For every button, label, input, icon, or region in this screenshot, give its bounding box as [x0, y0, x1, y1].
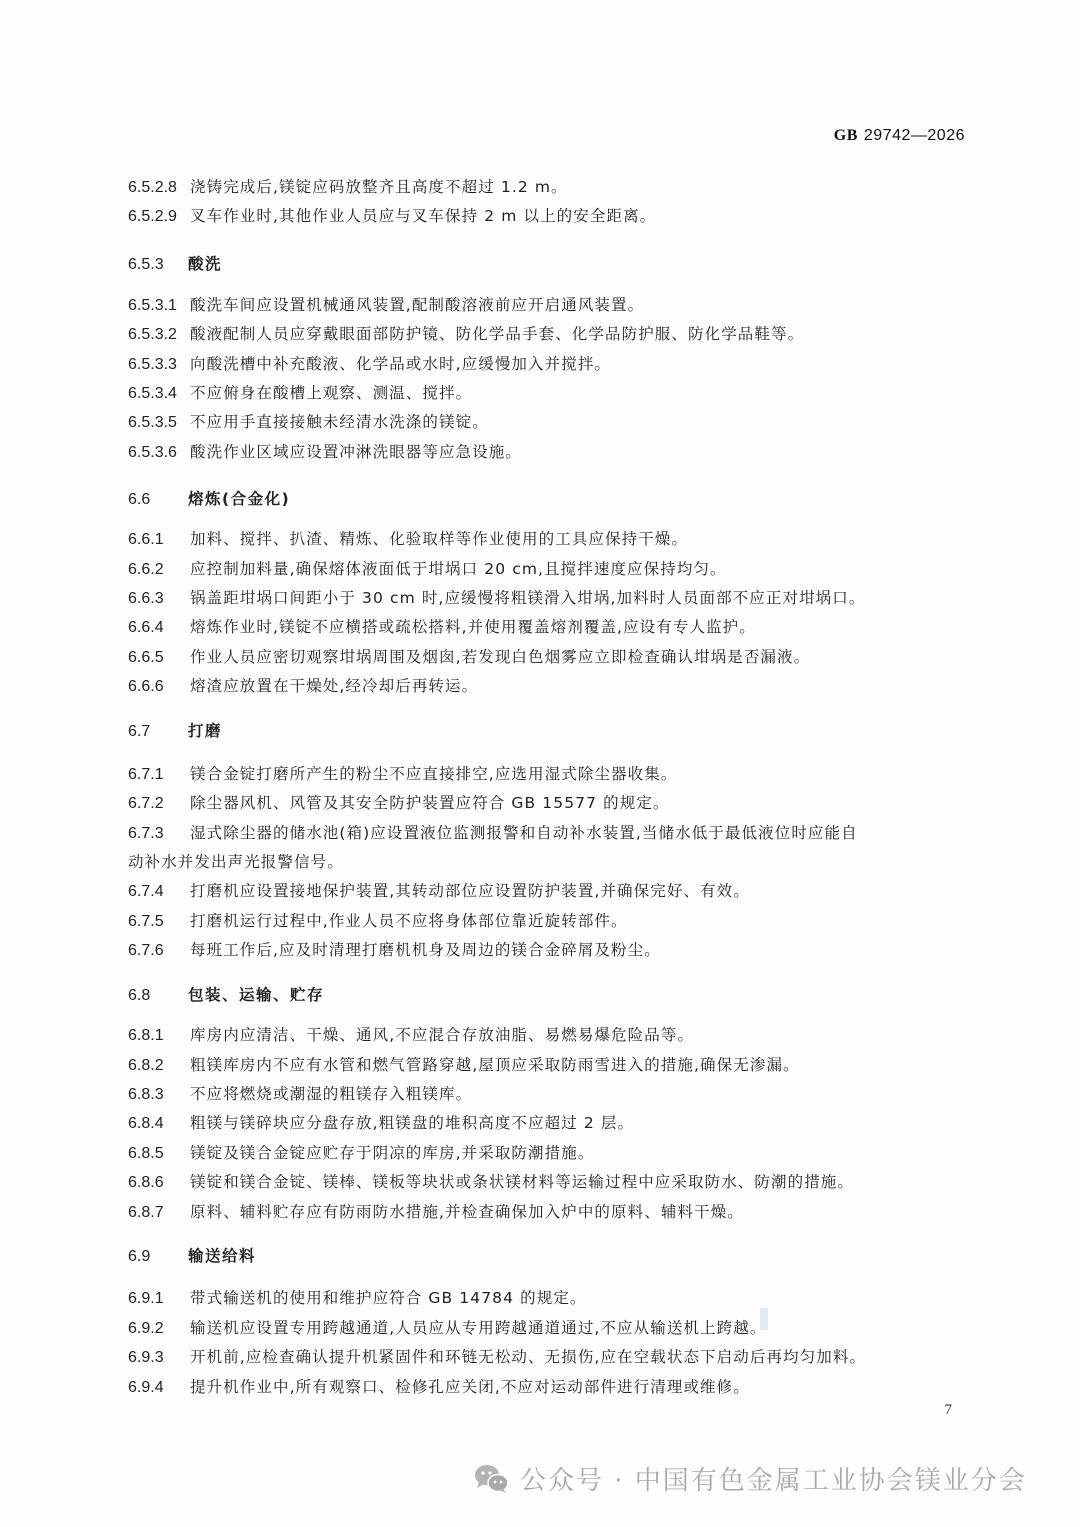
clause-text: 镁锭及镁合金锭应贮存于阴凉的库房,并采取防潮措施。: [190, 1144, 594, 1162]
scan-artifact: [760, 1308, 768, 1330]
clause-number: 6.8.7: [128, 1202, 190, 1224]
clause-line: 6.8.1库房内应清洁、干燥、通风,不应混合存放油脂、易燃易爆危险品等。: [128, 1024, 694, 1047]
clause-number: 6.5.3.2: [128, 324, 190, 346]
section-number: 6.9: [128, 1246, 188, 1268]
clause-number: 6.6.2: [128, 559, 190, 581]
clause-line: 6.5.3.2酸液配制人员应穿戴眼面部防护镜、防化学品手套、化学品防护服、防化学…: [128, 323, 804, 346]
watermark: 公众号 · 中国有色金属工业协会镁业分会: [474, 1460, 1027, 1497]
clause-number: 6.7.3: [128, 823, 190, 845]
clause-text: 叉车作业时,其他作业人员应与叉车保持 2 m 以上的安全距离。: [190, 207, 656, 225]
clause-number: 6.6.5: [128, 647, 190, 669]
clause-text: 不应俯身在酸槽上观察、测温、搅拌。: [190, 384, 472, 402]
clause-number: 6.7.2: [128, 793, 190, 815]
clause-number: 6.6.3: [128, 588, 190, 610]
clause-number: 6.7.1: [128, 764, 190, 786]
clause-number: 6.8.1: [128, 1025, 190, 1047]
clause-line: 6.8.3不应将燃烧或潮湿的粗镁存入粗镁库。: [128, 1083, 472, 1106]
clause-number: 6.5.3.1: [128, 295, 190, 317]
section-title: 酸洗: [188, 255, 222, 273]
clause-number: 6.5.3.5: [128, 412, 190, 434]
clause-line: 6.7.4打磨机应设置接地保护装置,其转动部位应设置防护装置,并确保完好、有效。: [128, 880, 750, 903]
clause-text: 粗镁与镁碎块应分盘存放,粗镁盘的堆积高度不应超过 2 层。: [190, 1114, 634, 1132]
clause-text: 提升机作业中,所有观察口、检修孔应关闭,不应对运动部件进行清理或维修。: [190, 1378, 750, 1396]
clause-line: 6.6.3锅盖距坩埚口间距小于 30 cm 时,应缓慢将粗镁滑入坩埚,加料时人员…: [128, 587, 865, 610]
clause-text: 浇铸完成后,镁锭应码放整齐且高度不超过 1.2 m。: [190, 178, 568, 196]
clause-text: 熔炼作业时,镁锭不应横搭或疏松搭料,并使用覆盖熔剂覆盖,应设有专人监护。: [190, 618, 756, 636]
clause-text: 酸洗车间应设置机械通风装置,配制酸溶液前应开启通风装置。: [190, 296, 644, 314]
clause-line: 6.5.2.8浇铸完成后,镁锭应码放整齐且高度不超过 1.2 m。: [128, 176, 568, 199]
clause-line: 6.9.2输送机应设置专用跨越通道,人员应从专用跨越通道通过,不应从输送机上跨越…: [128, 1317, 766, 1340]
clause-line: 6.6.2应控制加料量,确保熔体液面低于坩埚口 20 cm,且搅拌速度应保持均匀…: [128, 558, 727, 581]
clause-number: 6.5.3.3: [128, 354, 190, 376]
clause-number: 6.9.2: [128, 1318, 190, 1340]
section-heading: 6.6熔炼(合金化): [128, 488, 290, 511]
clause-text: 打磨机运行过程中,作业人员不应将身体部位靠近旋转部件。: [190, 912, 628, 930]
clause-text: 酸洗作业区域应设置冲淋洗眼器等应急设施。: [190, 443, 522, 461]
clause-line: 6.5.3.4不应俯身在酸槽上观察、测温、搅拌。: [128, 382, 472, 405]
section-title: 包装、运输、贮存: [188, 986, 324, 1004]
clause-number: 6.9.1: [128, 1288, 190, 1310]
clause-line: 6.7.2除尘器风机、风管及其安全防护装置应符合 GB 15577 的规定。: [128, 792, 670, 815]
clause-text: 输送机应设置专用跨越通道,人员应从专用跨越通道通过,不应从输送机上跨越。: [190, 1319, 766, 1337]
section-title: 打磨: [188, 722, 222, 740]
clause-line: 6.5.2.9叉车作业时,其他作业人员应与叉车保持 2 m 以上的安全距离。: [128, 205, 656, 228]
clause-text: 镁锭和镁合金锭、镁棒、镁板等块状或条状镁材料等运输过程中应采取防水、防潮的措施。: [190, 1173, 854, 1191]
clause-number: 6.7.4: [128, 881, 190, 903]
clause-number: 6.5.2.8: [128, 177, 190, 199]
section-heading: 6.7打磨: [128, 720, 222, 743]
clause-text: 每班工作后,应及时清理打磨机机身及周边的镁合金碎屑及粉尘。: [190, 941, 661, 959]
clause-text: 粗镁库房内不应有水管和燃气管路穿越,屋顶应采取防雨雪进入的措施,确保无渗漏。: [190, 1056, 800, 1074]
section-number: 6.7: [128, 721, 188, 743]
clause-line: 6.8.5镁锭及镁合金锭应贮存于阴凉的库房,并采取防潮措施。: [128, 1142, 594, 1165]
document-page: GB29742—2026 6.5.2.8浇铸完成后,镁锭应码放整齐且高度不超过 …: [0, 0, 1080, 1527]
clause-line: 6.5.3.1酸洗车间应设置机械通风装置,配制酸溶液前应开启通风装置。: [128, 294, 644, 317]
page-number: 7: [945, 1402, 953, 1419]
clause-text: 加料、搅拌、扒渣、精炼、化验取样等作业使用的工具应保持干燥。: [190, 530, 688, 548]
clause-number: 6.7.6: [128, 940, 190, 962]
clause-text: 锅盖距坩埚口间距小于 30 cm 时,应缓慢将粗镁滑入坩埚,加料时人员面部不应正…: [190, 589, 865, 607]
clause-number: 6.6.4: [128, 617, 190, 639]
watermark-text: 公众号 · 中国有色金属工业协会镁业分会: [520, 1460, 1027, 1497]
clause-line: 6.6.4熔炼作业时,镁锭不应横搭或疏松搭料,并使用覆盖熔剂覆盖,应设有专人监护…: [128, 616, 756, 639]
section-number: 6.5.3: [128, 254, 188, 276]
clause-line: 6.7.1镁合金锭打磨所产生的粉尘不应直接排空,应选用湿式除尘器收集。: [128, 763, 677, 786]
clause-line: 6.8.4粗镁与镁碎块应分盘存放,粗镁盘的堆积高度不应超过 2 层。: [128, 1112, 634, 1135]
clause-number: 6.8.2: [128, 1055, 190, 1077]
section-heading: 6.5.3酸洗: [128, 253, 222, 276]
clause-number: 6.7.5: [128, 911, 190, 933]
standard-number: 29742—2026: [864, 127, 965, 144]
standard-code: GB29742—2026: [834, 127, 965, 145]
section-title: 输送给料: [188, 1247, 256, 1265]
clause-text: 开机前,应检查确认提升机紧固件和环链无松动、无损伤,应在空载状态下启动后再均匀加…: [190, 1348, 866, 1366]
clause-number: 6.5.3.4: [128, 383, 190, 405]
clause-text: 打磨机应设置接地保护装置,其转动部位应设置防护装置,并确保完好、有效。: [190, 882, 750, 900]
clause-text: 不应用手直接接触未经清水洗涤的镁锭。: [190, 413, 489, 431]
clause-text: 不应将燃烧或潮湿的粗镁存入粗镁库。: [190, 1085, 472, 1103]
clause-line: 6.6.5作业人员应密切观察坩埚周围及烟囱,若发现白色烟雾应立即检查确认坩埚是否…: [128, 646, 810, 669]
clause-text: 湿式除尘器的储水池(箱)应设置液位监测报警和自动补水装置,当储水低于最低液位时应…: [190, 824, 858, 842]
clause-text: 除尘器风机、风管及其安全防护装置应符合 GB 15577 的规定。: [190, 794, 670, 812]
clause-line: 6.8.2粗镁库房内不应有水管和燃气管路穿越,屋顶应采取防雨雪进入的措施,确保无…: [128, 1054, 800, 1077]
clause-line: 6.6.6熔渣应放置在干燥处,经冷却后再转运。: [128, 675, 478, 698]
clause-number: 6.8.4: [128, 1113, 190, 1135]
clause-line: 6.7.3湿式除尘器的储水池(箱)应设置液位监测报警和自动补水装置,当储水低于最…: [128, 822, 858, 845]
clause-line: 6.9.4提升机作业中,所有观察口、检修孔应关闭,不应对运动部件进行清理或维修。: [128, 1376, 750, 1399]
clause-text: 库房内应清洁、干燥、通风,不应混合存放油脂、易燃易爆危险品等。: [190, 1026, 694, 1044]
clause-number: 6.8.5: [128, 1143, 190, 1165]
clause-number: 6.6.6: [128, 676, 190, 698]
clause-line: 6.5.3.5不应用手直接接触未经清水洗涤的镁锭。: [128, 411, 489, 434]
clause-line: 6.7.5打磨机运行过程中,作业人员不应将身体部位靠近旋转部件。: [128, 910, 628, 933]
clause-text: 向酸洗槽中补充酸液、化学品或水时,应缓慢加入并搅拌。: [190, 355, 611, 373]
clause-text: 带式输送机的使用和维护应符合 GB 14784 的规定。: [190, 1289, 587, 1307]
clause-number: 6.9.3: [128, 1347, 190, 1369]
clause-line: 6.7.6每班工作后,应及时清理打磨机机身及周边的镁合金碎屑及粉尘。: [128, 939, 661, 962]
clause-text: 作业人员应密切观察坩埚周围及烟囱,若发现白色烟雾应立即检查确认坩埚是否漏液。: [190, 648, 810, 666]
clause-text: 酸液配制人员应穿戴眼面部防护镜、防化学品手套、化学品防护服、防化学品鞋等。: [190, 325, 804, 343]
standard-prefix: GB: [834, 127, 858, 144]
clause-number: 6.5.3.6: [128, 442, 190, 464]
clause-text: 镁合金锭打磨所产生的粉尘不应直接排空,应选用湿式除尘器收集。: [190, 765, 677, 783]
clause-number: 6.9.4: [128, 1377, 190, 1399]
clause-text: 应控制加料量,确保熔体液面低于坩埚口 20 cm,且搅拌速度应保持均匀。: [190, 560, 727, 578]
section-number: 6.6: [128, 489, 188, 511]
clause-number: 6.8.6: [128, 1172, 190, 1194]
clause-line: 6.9.3开机前,应检查确认提升机紧固件和环链无松动、无损伤,应在空载状态下启动…: [128, 1346, 866, 1369]
section-heading: 6.8包装、运输、贮存: [128, 984, 324, 1007]
clause-line: 6.6.1加料、搅拌、扒渣、精炼、化验取样等作业使用的工具应保持干燥。: [128, 528, 688, 551]
clause-line: 6.9.1带式输送机的使用和维护应符合 GB 14784 的规定。: [128, 1287, 587, 1310]
clause-number: 6.8.3: [128, 1084, 190, 1106]
section-title: 熔炼(合金化): [188, 490, 290, 508]
clause-number: 6.5.2.9: [128, 206, 190, 228]
clause-line: 6.5.3.6酸洗作业区域应设置冲淋洗眼器等应急设施。: [128, 441, 522, 464]
clause-text: 动补水并发出声光报警信号。: [128, 853, 344, 871]
clause-text: 熔渣应放置在干燥处,经冷却后再转运。: [190, 677, 478, 695]
clause-line: 6.5.3.3向酸洗槽中补充酸液、化学品或水时,应缓慢加入并搅拌。: [128, 353, 611, 376]
clause-text: 原料、辅料贮存应有防雨防水措施,并检查确保加入炉中的原料、辅料干燥。: [190, 1203, 744, 1221]
clause-line: 6.8.7原料、辅料贮存应有防雨防水措施,并检查确保加入炉中的原料、辅料干燥。: [128, 1201, 744, 1224]
clause-continuation: 动补水并发出声光报警信号。: [128, 851, 344, 873]
clause-number: 6.6.1: [128, 529, 190, 551]
section-number: 6.8: [128, 985, 188, 1007]
clause-line: 6.8.6镁锭和镁合金锭、镁棒、镁板等块状或条状镁材料等运输过程中应采取防水、防…: [128, 1171, 854, 1194]
wechat-icon: [474, 1464, 510, 1494]
section-heading: 6.9输送给料: [128, 1245, 256, 1268]
